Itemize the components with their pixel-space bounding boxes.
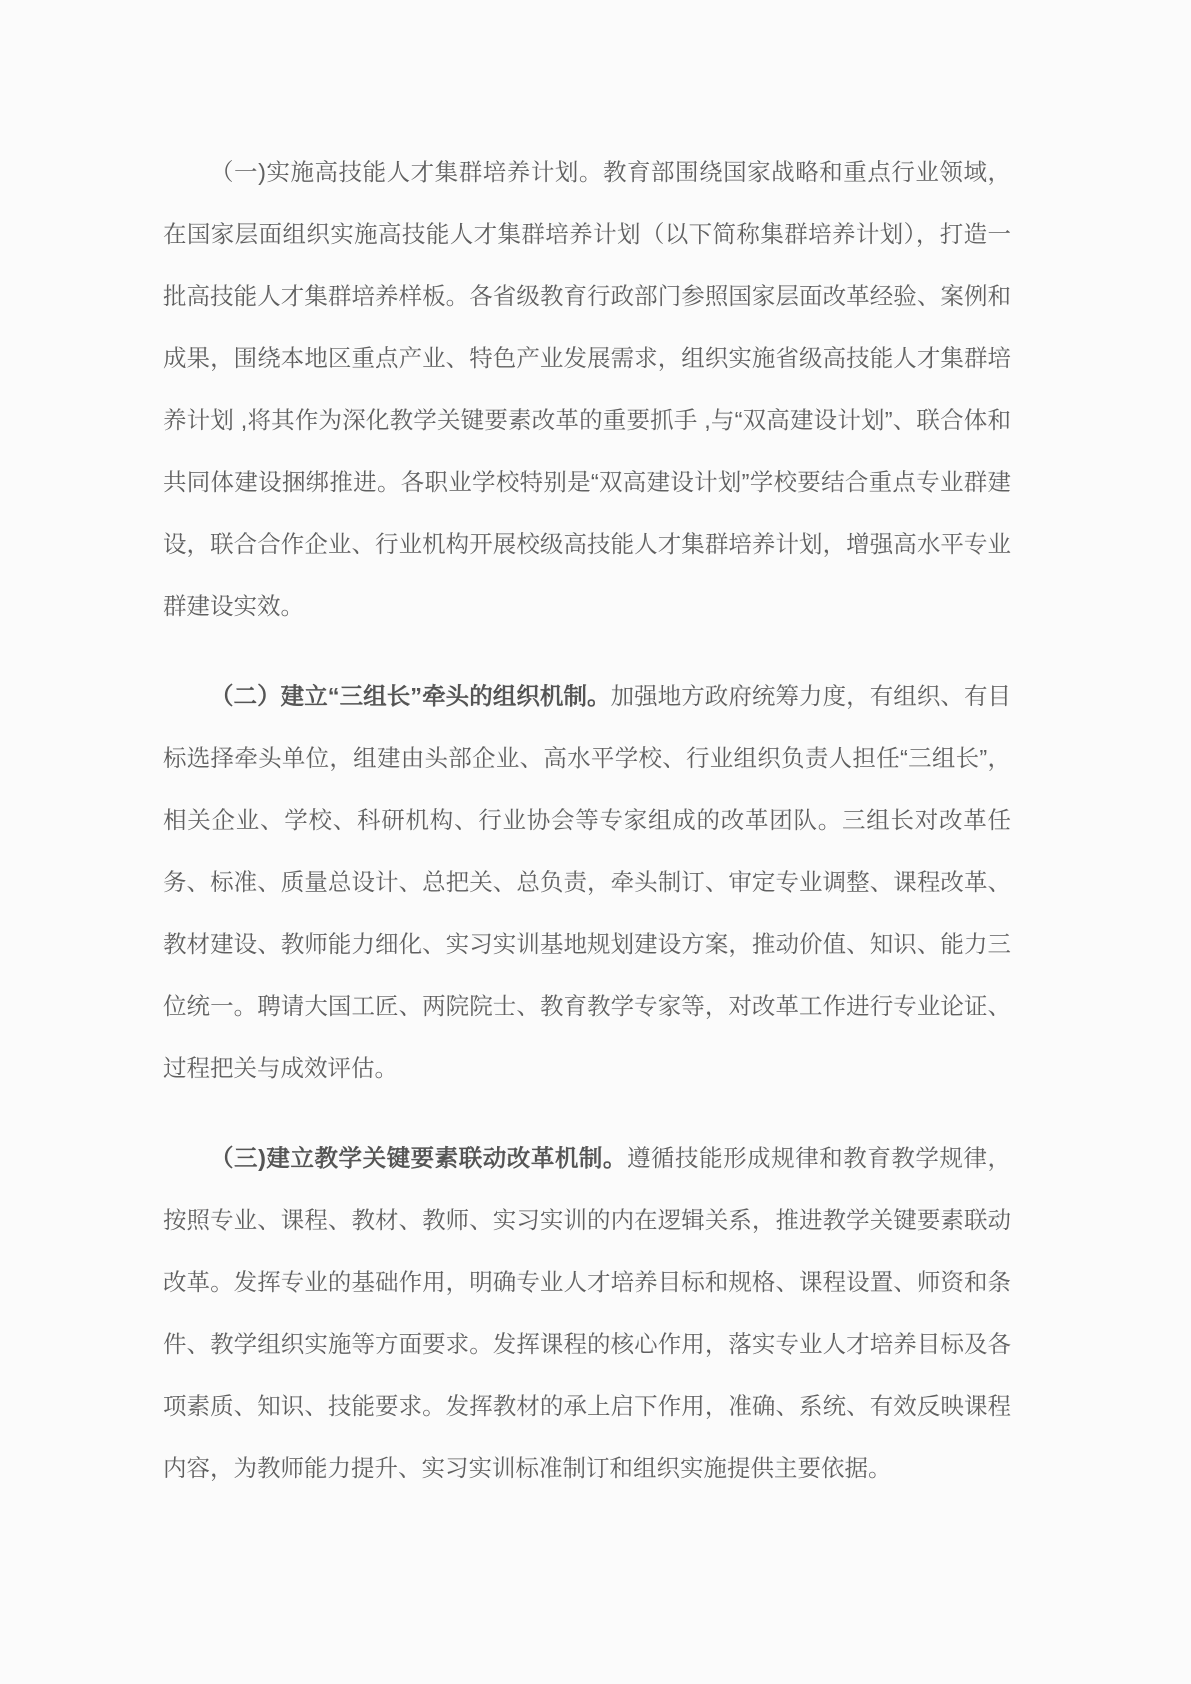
paragraph-1-body: 教育部围绕国家战略和重点行业领域，在国家层面组织实施高技能人才集群培养计划（以下…	[163, 159, 1011, 619]
document-page: （一)实施高技能人才集群培养计划。教育部围绕国家战略和重点行业领域，在国家层面组…	[0, 0, 1191, 1499]
paragraph-3-lead: （三)建立教学关键要素联动改革机制。	[210, 1145, 627, 1171]
paragraph-1: （一)实施高技能人才集群培养计划。教育部围绕国家战略和重点行业领域，在国家层面组…	[163, 141, 1011, 637]
paragraph-1-lead: （一)实施高技能人才集群培养计划。	[210, 159, 603, 185]
paragraph-2: （二）建立“三组长”牵头的组织机制。加强地方政府统筹力度，有组织、有目标选择牵头…	[163, 665, 1011, 1099]
paragraph-2-lead: （二）建立“三组长”牵头的组织机制。	[210, 683, 611, 709]
paragraph-2-body: 加强地方政府统筹力度，有组织、有目标选择牵头单位，组建由头部企业、高水平学校、行…	[163, 683, 1011, 1081]
paragraph-3: （三)建立教学关键要素联动改革机制。遵循技能形成规律和教育教学规律，按照专业、课…	[163, 1127, 1011, 1499]
paragraph-3-body: 遵循技能形成规律和教育教学规律，按照专业、课程、教材、教师、实习实训的内在逻辑关…	[163, 1145, 1011, 1481]
